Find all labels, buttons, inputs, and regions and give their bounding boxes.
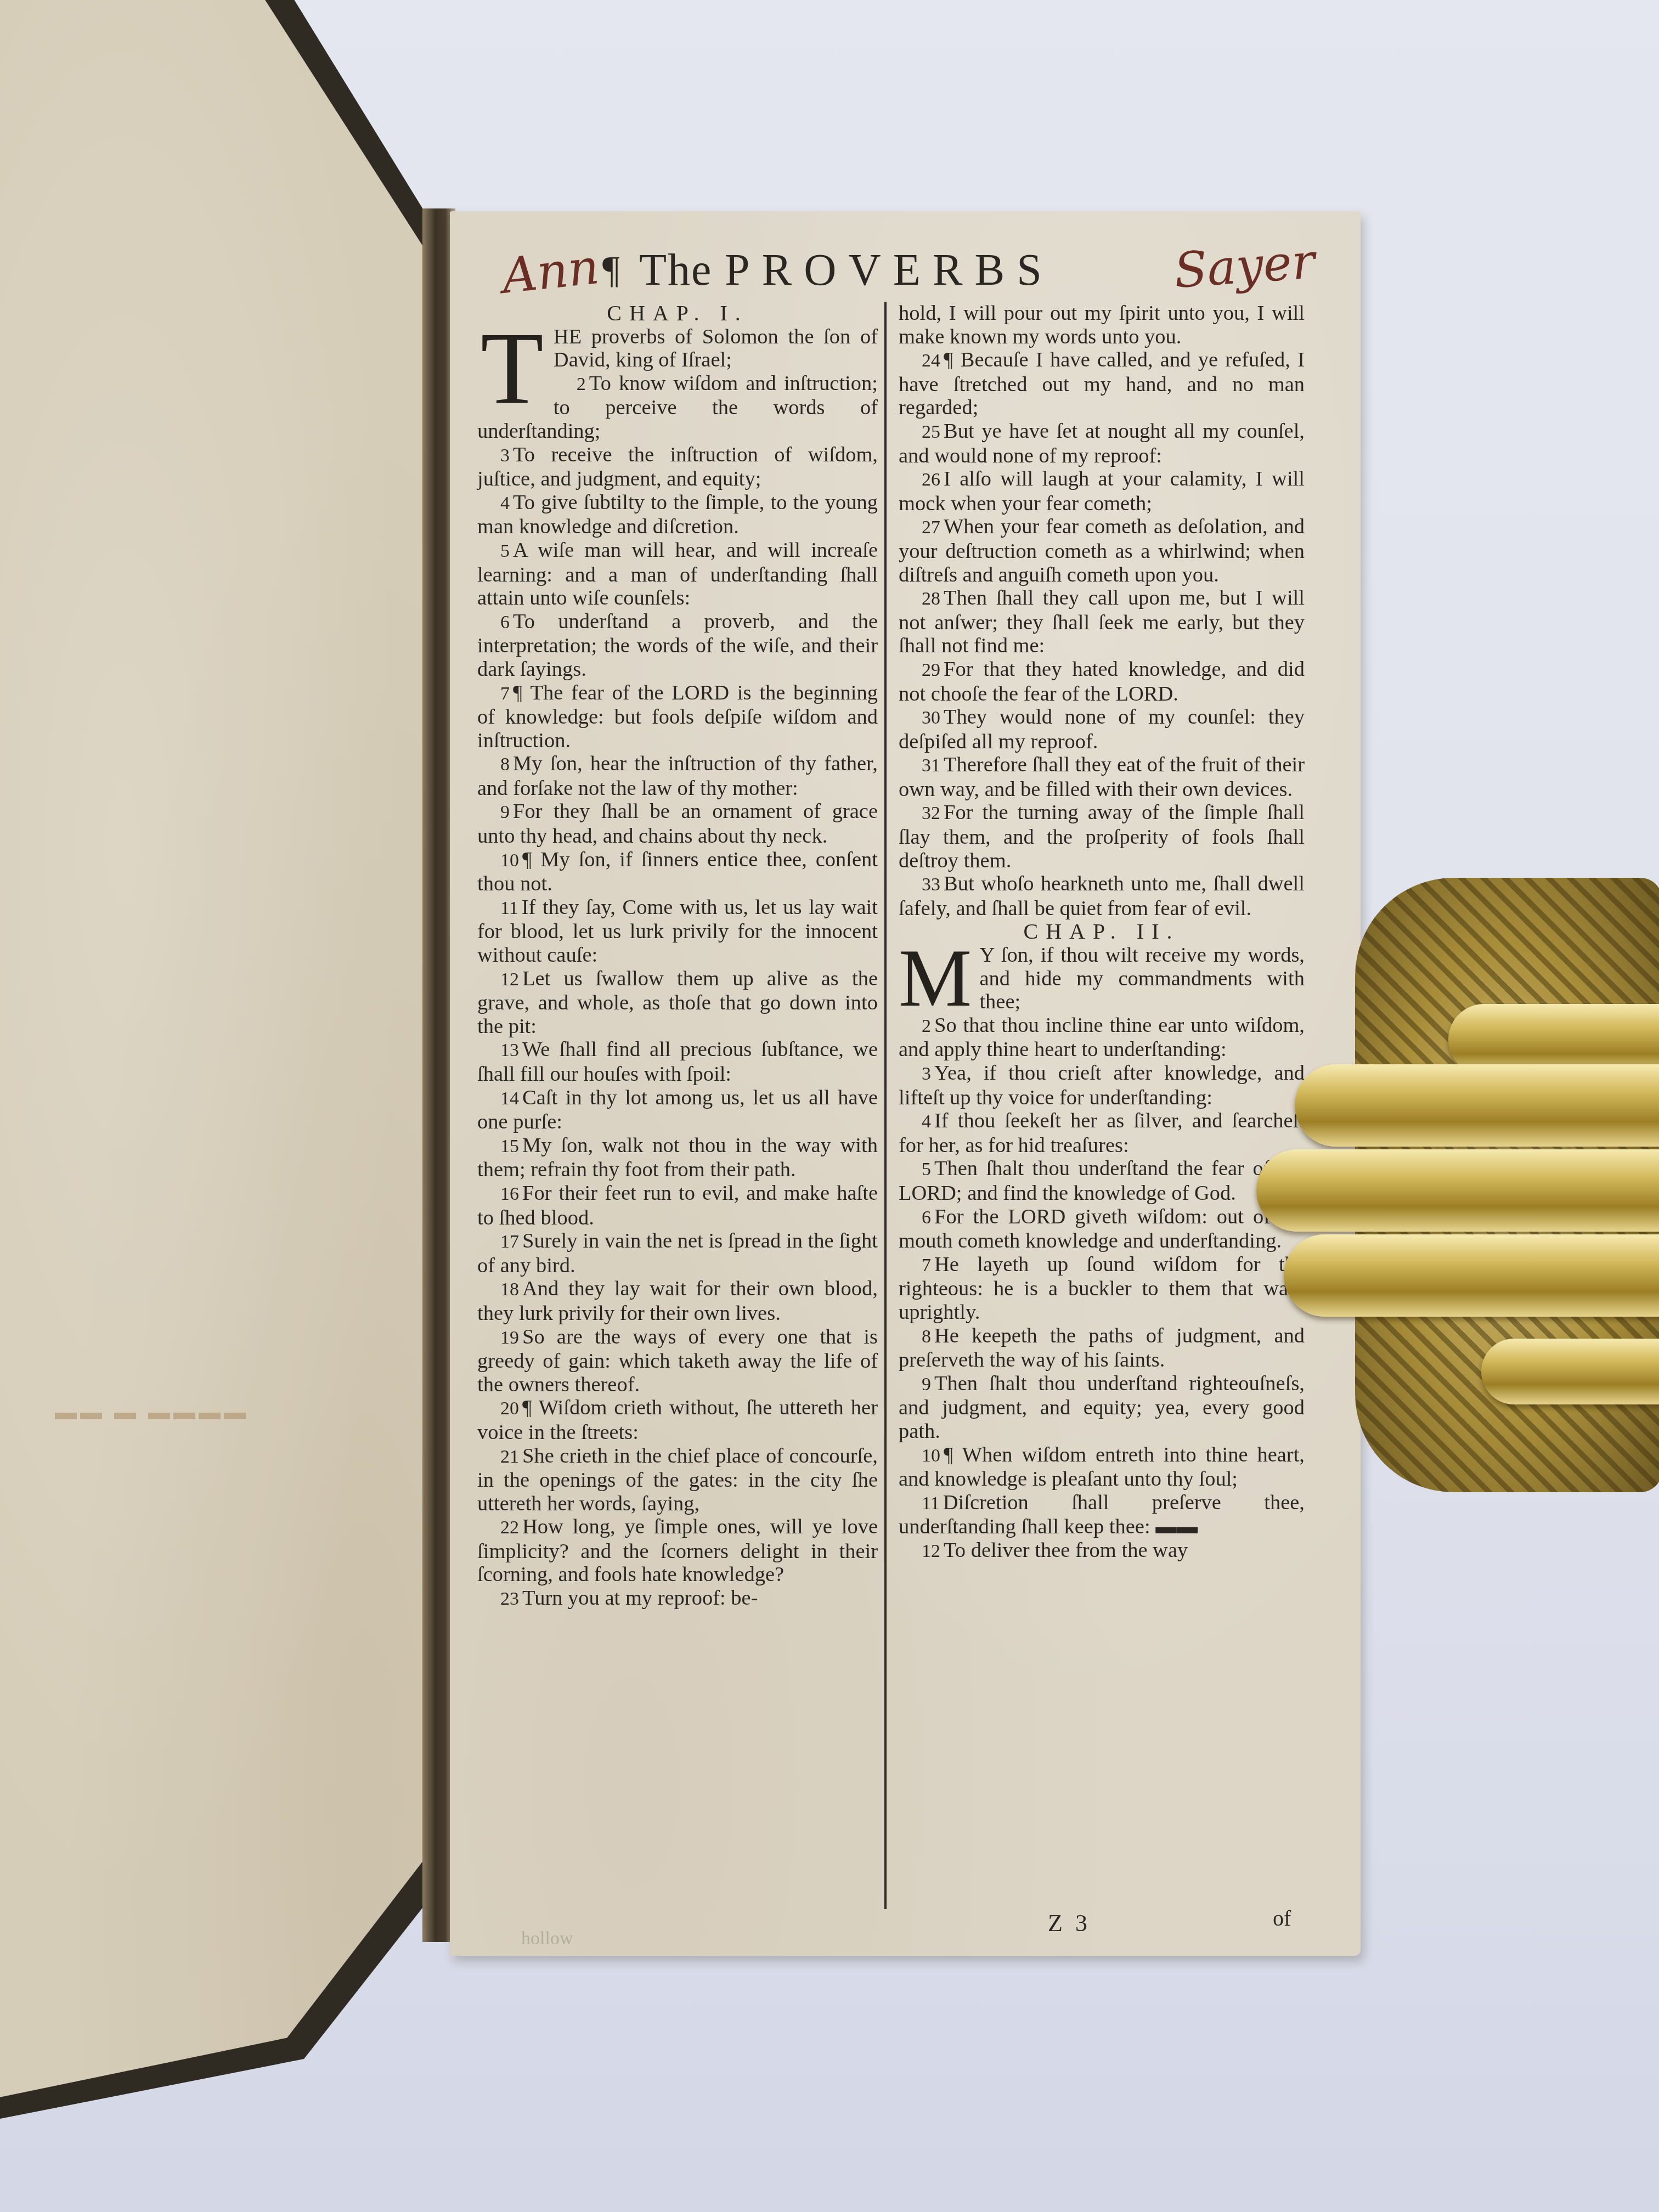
endpaper-left (0, 0, 461, 2123)
verse-number: 17 (500, 1232, 519, 1252)
verse-text: For their feet run to evil, and make haſ… (477, 1182, 878, 1229)
opening-text: Y ſon, if thou wilt receive my words, an… (979, 944, 1305, 1013)
verse-text: If thou ſeekeſt her as ſilver, and ſearc… (899, 1109, 1305, 1157)
verse: 20¶ Wiſdom crieth without, ſhe uttereth … (477, 1396, 878, 1444)
verse: 28Then ſhall they call upon me, but I wi… (899, 586, 1305, 658)
verse: 19So are the ways of every one that is g… (477, 1325, 878, 1397)
verse-text: If they ſay, Come with us, let us lay wa… (477, 896, 878, 967)
verse-number: 25 (922, 422, 940, 442)
verse-number: 29 (922, 660, 940, 680)
verse-number: 14 (500, 1088, 519, 1109)
continuation-text: hold, I will pour out my ſpirit unto you… (899, 302, 1305, 348)
verse-number: 9 (922, 1374, 931, 1395)
verse-number: 11 (922, 1493, 940, 1514)
verse: 31Therefore ſhall they eat of the fruit … (899, 753, 1305, 801)
verse: 3To receive the inſtruction of wiſdom, j… (477, 443, 878, 491)
verse-text: So are the ways of every one that is gre… (477, 1325, 878, 1396)
verse-text: Diſcretion ſhall preſerve thee, underſta… (899, 1491, 1305, 1539)
verse-list: 2To know wiſdom and inſtruction; to perc… (477, 372, 878, 1611)
verse-text: How long, ye ſimple ones, will ye love ſ… (477, 1515, 878, 1586)
drop-cap: M (899, 946, 972, 1011)
verse-number: 8 (922, 1327, 931, 1347)
handwritten-inscription-left: Ann (499, 238, 602, 304)
verse-number: 4 (500, 493, 510, 513)
verse: 13We ſhall find all precious ſubſtance, … (477, 1038, 878, 1086)
verse: 6To underſtand a proverb, and the interp… (477, 610, 878, 681)
show-through-text: hollow (521, 1928, 573, 1949)
verse-number: 3 (922, 1064, 931, 1084)
verse-text: But whoſo hearkneth unto me, ſhall dwell… (899, 872, 1305, 920)
verse-number: 5 (500, 541, 510, 561)
verse-number: 5 (922, 1159, 931, 1180)
verse-text: Then ſhalt thou underſtand the fear of t… (899, 1157, 1305, 1205)
verse-number: 12 (922, 1541, 940, 1561)
verse: 7He layeth up ſound wiſdom for the right… (899, 1253, 1305, 1324)
brass-clip-finger (1284, 1234, 1659, 1317)
verse-number: 9 (500, 802, 510, 822)
verse: 22How long, ye ſimple ones, will ye love… (477, 1515, 878, 1587)
verse-number: 32 (922, 803, 940, 823)
verse-number: 13 (500, 1040, 519, 1060)
verse: 6For the LORD giveth wiſdom: out of his … (899, 1205, 1305, 1253)
brass-clip-thumb (1481, 1339, 1659, 1404)
verse-number: 10 (500, 850, 519, 871)
signature-mark: Z 3 (1048, 1909, 1091, 1937)
verse: 14Caſt in thy lot among us, let us all h… (477, 1086, 878, 1134)
verse-text: Then ſhalt thou underſtand righteouſneſs… (899, 1372, 1305, 1443)
verse: 12To deliver thee from the way (899, 1539, 1305, 1564)
verse-text: ¶ Becauſe I have called, and ye refuſed,… (899, 348, 1305, 419)
printed-page-right: Ann ¶ The PROVERBS Sayer CHAP. I. T HE p… (450, 211, 1361, 1956)
verse-number: 21 (500, 1447, 519, 1467)
verse-text: Caſt in thy lot among us, let us all hav… (477, 1086, 878, 1134)
verse-number: 15 (500, 1136, 519, 1156)
verse-text: He keepeth the paths of judgment, and pr… (899, 1324, 1305, 1372)
verse-text: Surely in vain the net is ſpread in the … (477, 1229, 878, 1277)
verse-number: 22 (500, 1517, 519, 1538)
verse-text: For they ſhall be an ornament of grace u… (477, 800, 878, 848)
verse-text: Yea, if thou crieſt after knowledge, and… (899, 1062, 1305, 1109)
verse-number: 16 (500, 1184, 519, 1204)
verse: 16For their feet run to evil, and make h… (477, 1182, 878, 1229)
brass-clip-finger (1295, 1064, 1659, 1147)
verse-number: 20 (500, 1398, 519, 1419)
verse-number: 4 (922, 1111, 931, 1132)
verse-text: Turn you at my reproof: be- (522, 1587, 758, 1610)
verse-number: 24 (922, 351, 940, 371)
verse-number: 23 (500, 1589, 519, 1609)
verse: 21She crieth in the chief place of conco… (477, 1444, 878, 1516)
verse: 26I alſo will laugh at your calamity, I … (899, 467, 1305, 515)
verse-number: 2 (577, 374, 586, 394)
verse-text: Then ſhall they call upon me, but I will… (899, 586, 1305, 657)
verse: 5Then ſhalt thou underſtand the fear of … (899, 1157, 1305, 1205)
verse: 17Surely in vain the net is ſpread in th… (477, 1229, 878, 1277)
verse: 7¶ The fear of the LORD is the beginning… (477, 681, 878, 753)
verse-number: 31 (922, 755, 940, 776)
verse: 11Diſcretion ſhall preſerve thee, underſ… (899, 1491, 1305, 1539)
verse-text: My ſon, hear the inſtruction of thy fath… (477, 752, 878, 800)
verse: 10¶ My ſon, if ſinners entice thee, conſ… (477, 848, 878, 896)
verse: 3Yea, if thou crieſt after knowledge, an… (899, 1062, 1305, 1109)
verse-number: 26 (922, 470, 940, 490)
verse: 29For that they hated knowledge, and did… (899, 658, 1305, 706)
verse-text: Let us ſwallow them up alive as the grav… (477, 967, 878, 1038)
page-title: The PROVERBS (639, 244, 1054, 296)
verse: 5A wiſe man will hear, and will increaſe… (477, 539, 878, 610)
title-prefix: The (639, 245, 712, 295)
chapter-opening: M Y ſon, if thou wilt receive my words, … (899, 944, 1305, 1014)
verse: 27When your fear cometh as deſolation, a… (899, 515, 1305, 586)
verse: 30They would none of my counſel: they de… (899, 706, 1305, 753)
verse: 11If they ſay, Come with us, let us lay … (477, 896, 878, 967)
verse: 15My ſon, walk not thou in the way with … (477, 1134, 878, 1182)
verse-text: My ſon, walk not thou in the way with th… (477, 1134, 878, 1182)
verse-text: ¶ The fear of the LORD is the beginning … (477, 681, 878, 752)
verse-text: To underſtand a proverb, and the interpr… (477, 610, 878, 681)
verse-number: 3 (500, 445, 510, 466)
verse: 10¶ When wiſdom entreth into thine heart… (899, 1443, 1305, 1491)
verse-text: She crieth in the chief place of concour… (477, 1444, 878, 1515)
opening-text: HE proverbs of Solomon the ſon of David,… (554, 325, 878, 372)
chapter-opening: T HE proverbs of Solomon the ſon of Davi… (477, 325, 878, 372)
verse: 4To give ſubtilty to the ſimple, to the … (477, 491, 878, 539)
title-caps: PROVERBS (725, 245, 1054, 295)
verse: 23Turn you at my reproof: be- (477, 1587, 878, 1611)
verse-list: 2So that thou incline thine ear unto wiſ… (899, 1014, 1305, 1564)
verse-text: To receive the inſtruction of wiſdom, ju… (477, 443, 878, 491)
verse-number: 33 (922, 874, 940, 895)
verse-text: For that they hated knowledge, and did n… (899, 658, 1305, 706)
verse-text: I alſo will laugh at your calamity, I wi… (899, 467, 1305, 515)
verse: 4If thou ſeekeſt her as ſilver, and ſear… (899, 1109, 1305, 1157)
verse-number: 19 (500, 1328, 519, 1348)
verse-text: A wiſe man will hear, and will increaſe … (477, 539, 878, 610)
drop-cap: T (481, 328, 544, 410)
verse-text: Therefore ſhall they eat of the fruit of… (899, 753, 1305, 801)
verse-number: 6 (500, 612, 510, 633)
handwritten-inscription-right: Sayer (1172, 233, 1317, 299)
verse-text: They would none of my counſel: they deſp… (899, 706, 1305, 753)
verse-number: 7 (500, 684, 510, 704)
verse: 24¶ Becauſe I have called, and ye refuſe… (899, 348, 1305, 420)
verse: 25But ye have ſet at nought all my counſ… (899, 420, 1305, 467)
verse: 9For they ſhall be an ornament of grace … (477, 800, 878, 848)
verse-text: When your fear cometh as deſolation, and… (899, 515, 1305, 586)
verse-number: 11 (500, 898, 518, 918)
column-rule (884, 302, 887, 1909)
text-column-left: CHAP. I. T HE proverbs of Solomon the ſo… (477, 302, 878, 1611)
verse-text: ¶ My ſon, if ſinners entice thee, conſen… (477, 848, 878, 896)
show-through-text: ▬▬ ▬ ▬▬▬▬ (55, 1399, 249, 1425)
verse: 9Then ſhalt thou underſtand righteouſneſ… (899, 1372, 1305, 1443)
verse-text: For the LORD giveth wiſdom: out of his m… (899, 1205, 1305, 1253)
verse-list: 24¶ Becauſe I have called, and ye refuſe… (899, 348, 1305, 920)
verse-number: 12 (500, 969, 519, 990)
verse-text: To give ſubtilty to the ſimple, to the y… (477, 491, 878, 539)
verse-text: ¶ When wiſdom entreth into thine heart, … (899, 1443, 1305, 1491)
verse: 33But whoſo hearkneth unto me, ſhall dwe… (899, 872, 1305, 920)
verse-number: 7 (922, 1255, 931, 1276)
verse-number: 27 (922, 517, 940, 538)
running-header: Ann ¶ The PROVERBS Sayer (450, 233, 1361, 294)
verse-number: 6 (922, 1207, 931, 1228)
verse-text: He layeth up ſound wiſdom for the righte… (899, 1253, 1305, 1324)
text-column-right: hold, I will pour out my ſpirit unto you… (899, 302, 1305, 1563)
verse-text: For the turning away of the ſimple ſhall… (899, 801, 1305, 872)
verse: 18And they lay wait for their own blood,… (477, 1277, 878, 1325)
verse: 8He keepeth the paths of judgment, and p… (899, 1324, 1305, 1372)
verse-text: And they lay wait for their own blood, t… (477, 1277, 878, 1325)
catchword: of (1273, 1905, 1291, 1931)
verse-number: 10 (922, 1446, 940, 1466)
verse-text: ¶ Wiſdom crieth without, ſhe uttereth he… (477, 1396, 878, 1444)
verse-number: 28 (922, 589, 940, 609)
verse: 8My ſon, hear the inſtruction of thy fat… (477, 752, 878, 800)
verse-text: We ſhall find all precious ſubſtance, we… (477, 1038, 878, 1086)
verse-text: To deliver thee from the way (944, 1539, 1188, 1562)
verse-text: But ye have ſet at nought all my counſel… (899, 420, 1305, 467)
brass-clip-finger (1256, 1149, 1659, 1232)
verse-number: 30 (922, 708, 940, 728)
verse: 32For the turning away of the ſimple ſha… (899, 801, 1305, 872)
verse: 12Let us ſwallow them up alive as the gr… (477, 967, 878, 1039)
pilcrow-mark: ¶ (602, 249, 620, 292)
verse-number: 18 (500, 1279, 519, 1300)
verse-number: 8 (500, 754, 510, 775)
